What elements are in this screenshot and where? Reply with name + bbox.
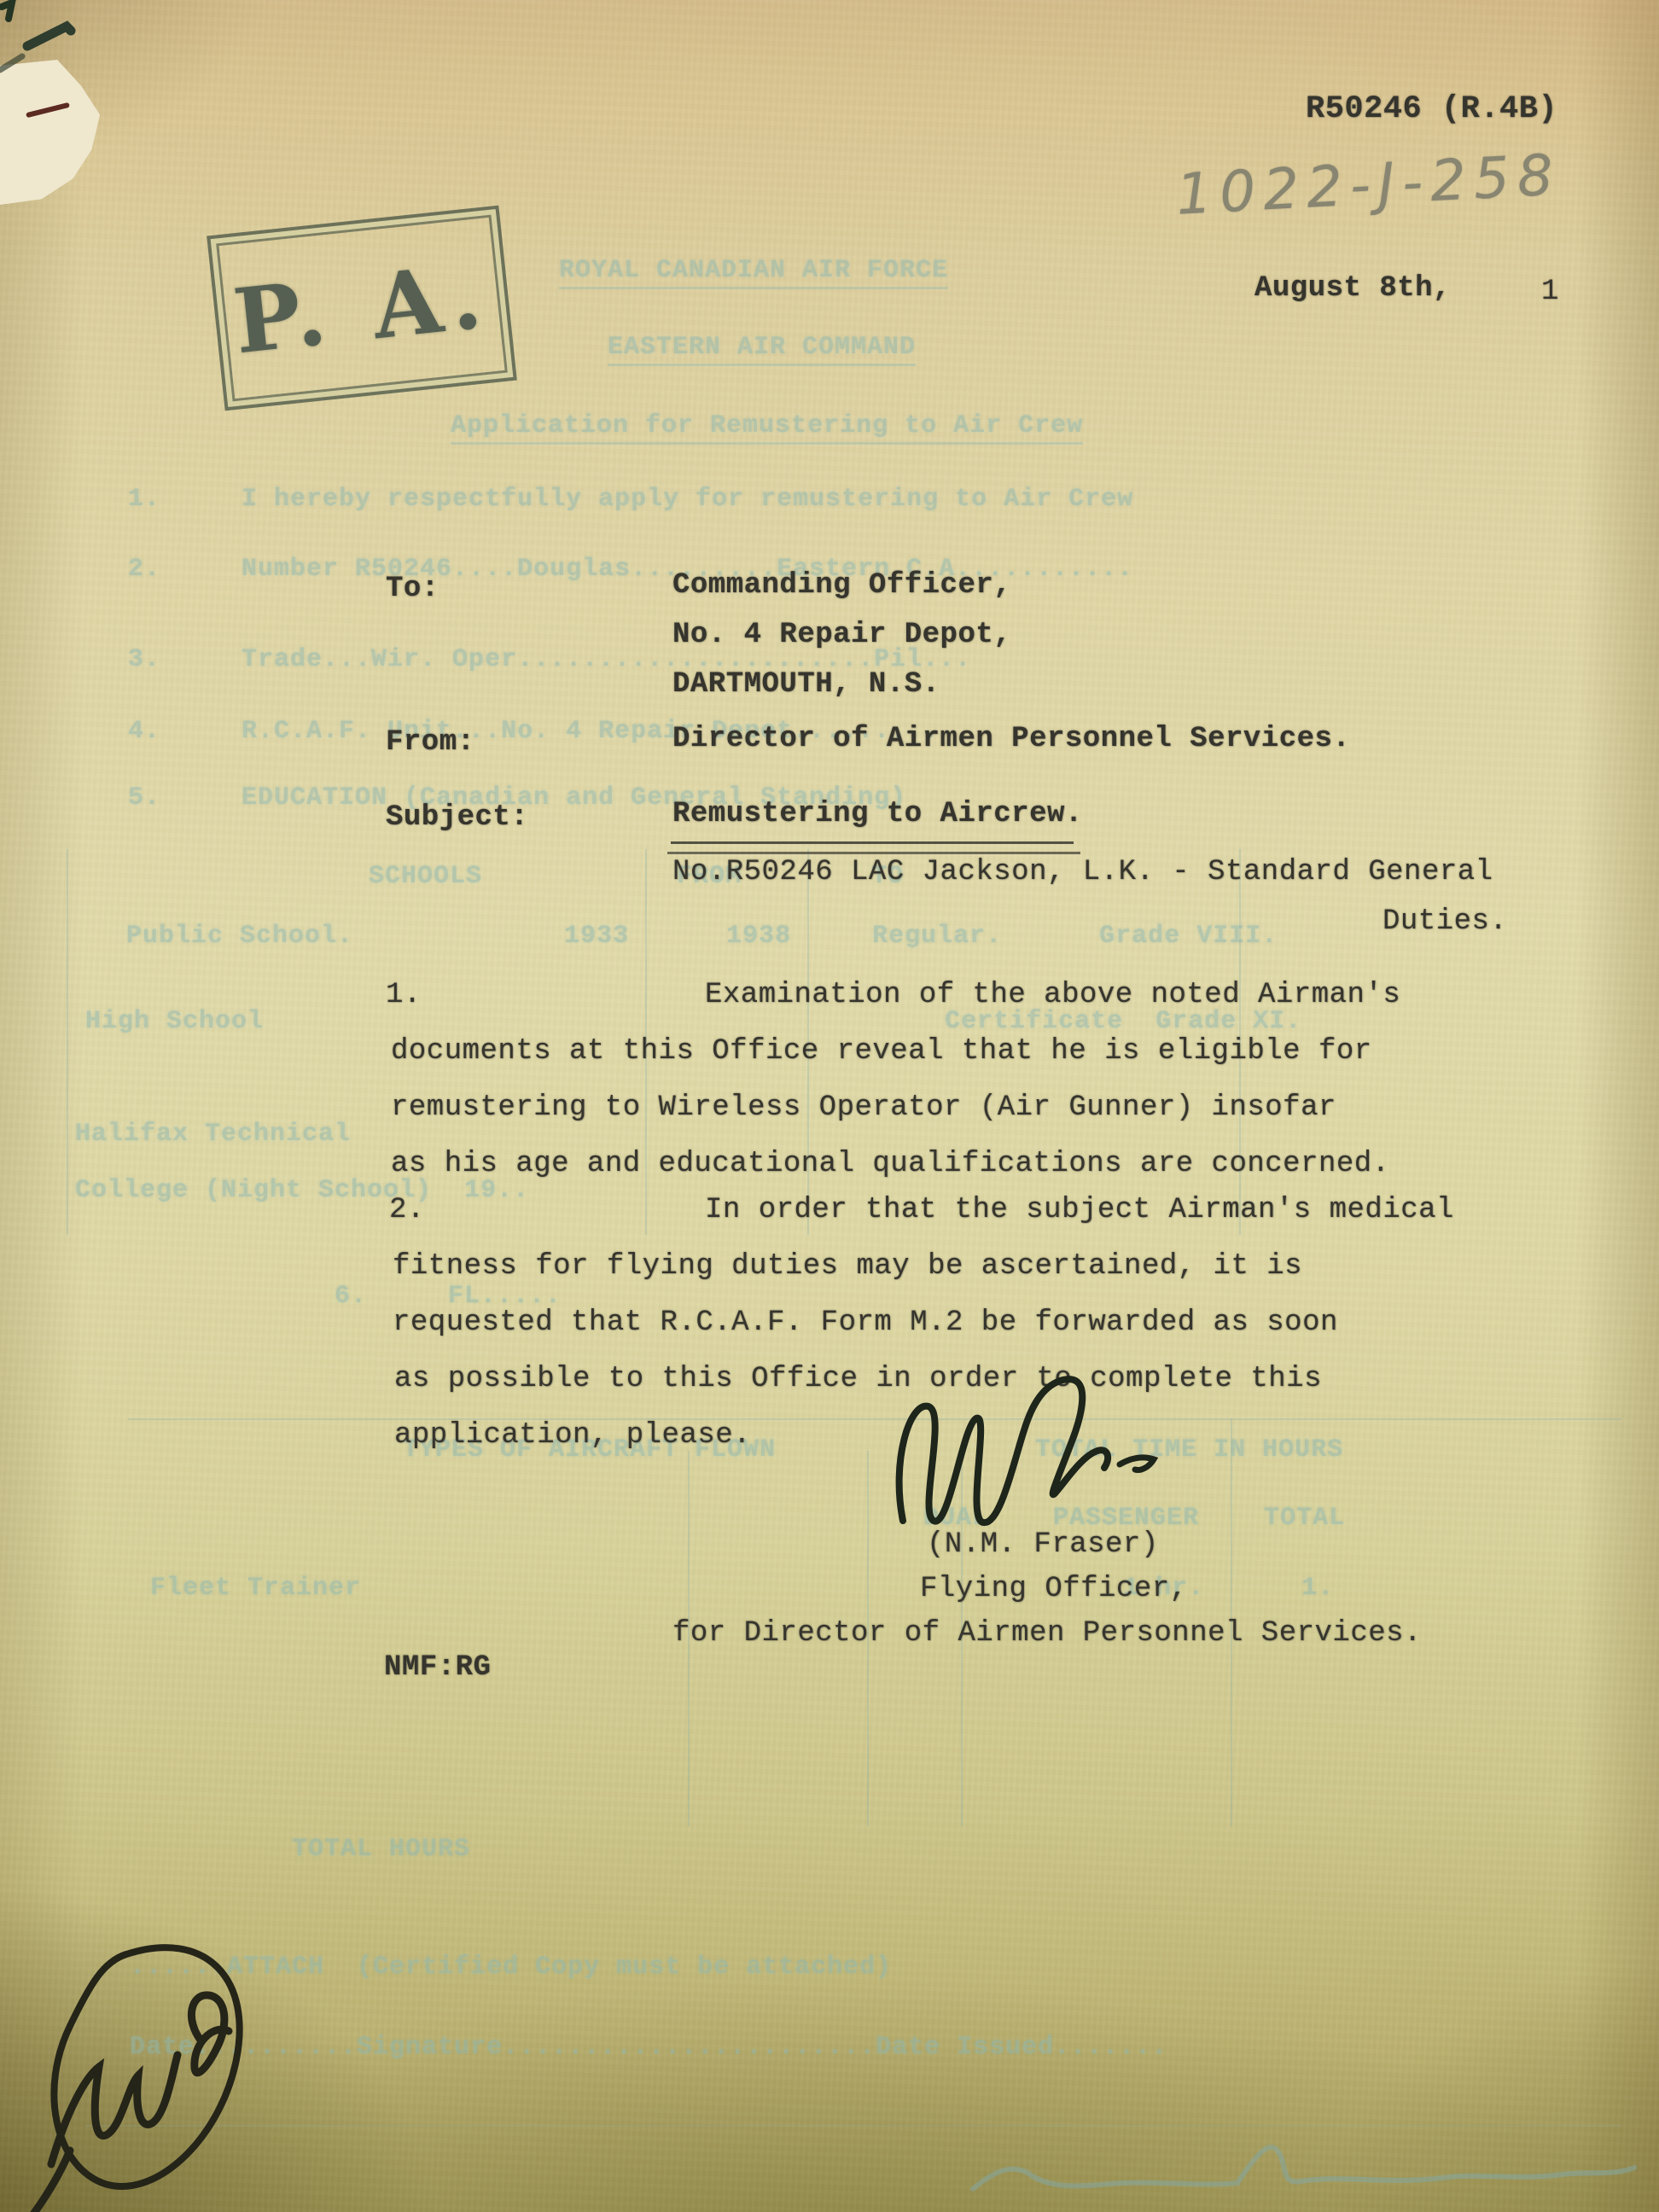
paragraph-2-number: 2.: [389, 1195, 425, 1226]
ghost-schools-row-halifax-1: Halifax Technical: [75, 1120, 351, 1149]
paragraph-2-line: In order that the subject Airman's medic…: [705, 1195, 1454, 1226]
handwritten-file-number: 1022-J-258: [1174, 142, 1562, 228]
to-address-line: DARTMOUTH, N.S.: [672, 669, 940, 701]
ghost-table-vline: [67, 849, 68, 1235]
pa-approval-stamp: P. A.: [207, 206, 517, 411]
signer-rank: Flying Officer,: [920, 1574, 1188, 1605]
staple-mark: [0, 0, 102, 94]
typist-initials: NMF:RG: [384, 1652, 491, 1684]
from-label: From:: [386, 727, 475, 759]
paragraph-2-line: application, please.: [394, 1420, 751, 1452]
paragraph-1-line: Examination of the above noted Airman's: [705, 980, 1400, 1011]
scanned-letter-page: ROYAL CANADIAN AIR FORCE EASTERN AIR COM…: [0, 0, 1659, 2212]
subject-line-1: Remustering to Aircrew.: [672, 799, 1083, 830]
to-address-line: Commanding Officer,: [672, 570, 1011, 602]
signer-name: (N.M. Fraser): [927, 1529, 1159, 1561]
ghost-table-hline: [128, 1418, 1621, 1420]
paragraph-2-line: requested that R.C.A.F. Form M.2 be forw…: [393, 1307, 1338, 1339]
paragraph-2-line: fitness for flying duties may be ascerta…: [393, 1251, 1302, 1283]
to-label: To:: [386, 573, 439, 605]
ghost-signature-squiggle: [964, 2116, 1647, 2212]
paragraph-1-line: as his age and educational qualification…: [391, 1149, 1390, 1180]
ghost-schools-row-public: Public School. 1933 1938 Regular. Grade …: [126, 922, 1278, 951]
paragraph-1-line: remustering to Wireless Operator (Air Gu…: [391, 1092, 1336, 1124]
paragraph-1-number: 1.: [386, 980, 422, 1011]
ghost-total-hours: TOTAL HOURS: [292, 1835, 470, 1864]
subject-label: Subject:: [386, 802, 528, 834]
ghost-header-command: EASTERN AIR COMMAND: [608, 333, 916, 366]
subject-line-2: No.R50246 LAC Jackson, L.K. - Standard G…: [672, 857, 1493, 888]
circled-initials-mark: [26, 1935, 350, 2212]
subject-underline: [671, 841, 1074, 844]
ghost-form-item-1: 1. I hereby respectfully apply for remus…: [128, 485, 1133, 514]
reference-number: R50246 (R.4B): [1306, 92, 1557, 127]
to-address-line: No. 4 Repair Depot,: [672, 620, 1011, 651]
signer-for-line: for Director of Airmen Personnel Service…: [672, 1618, 1422, 1650]
pa-stamp-text: P. A.: [229, 242, 495, 374]
from-value: Director of Airmen Personnel Services.: [672, 724, 1350, 755]
ghost-header-application: Application for Remustering to Air Crew: [451, 411, 1083, 445]
subject-underline-2: [667, 852, 1080, 854]
date-line: August 8th,: [1254, 273, 1451, 305]
paragraph-1-line: documents at this Office reveal that he …: [391, 1036, 1372, 1068]
ghost-header-rcaf: ROYAL CANADIAN AIR FORCE: [559, 256, 948, 289]
subject-line-3: Duties.: [1382, 906, 1507, 938]
date-fragment: 1: [1541, 276, 1559, 308]
